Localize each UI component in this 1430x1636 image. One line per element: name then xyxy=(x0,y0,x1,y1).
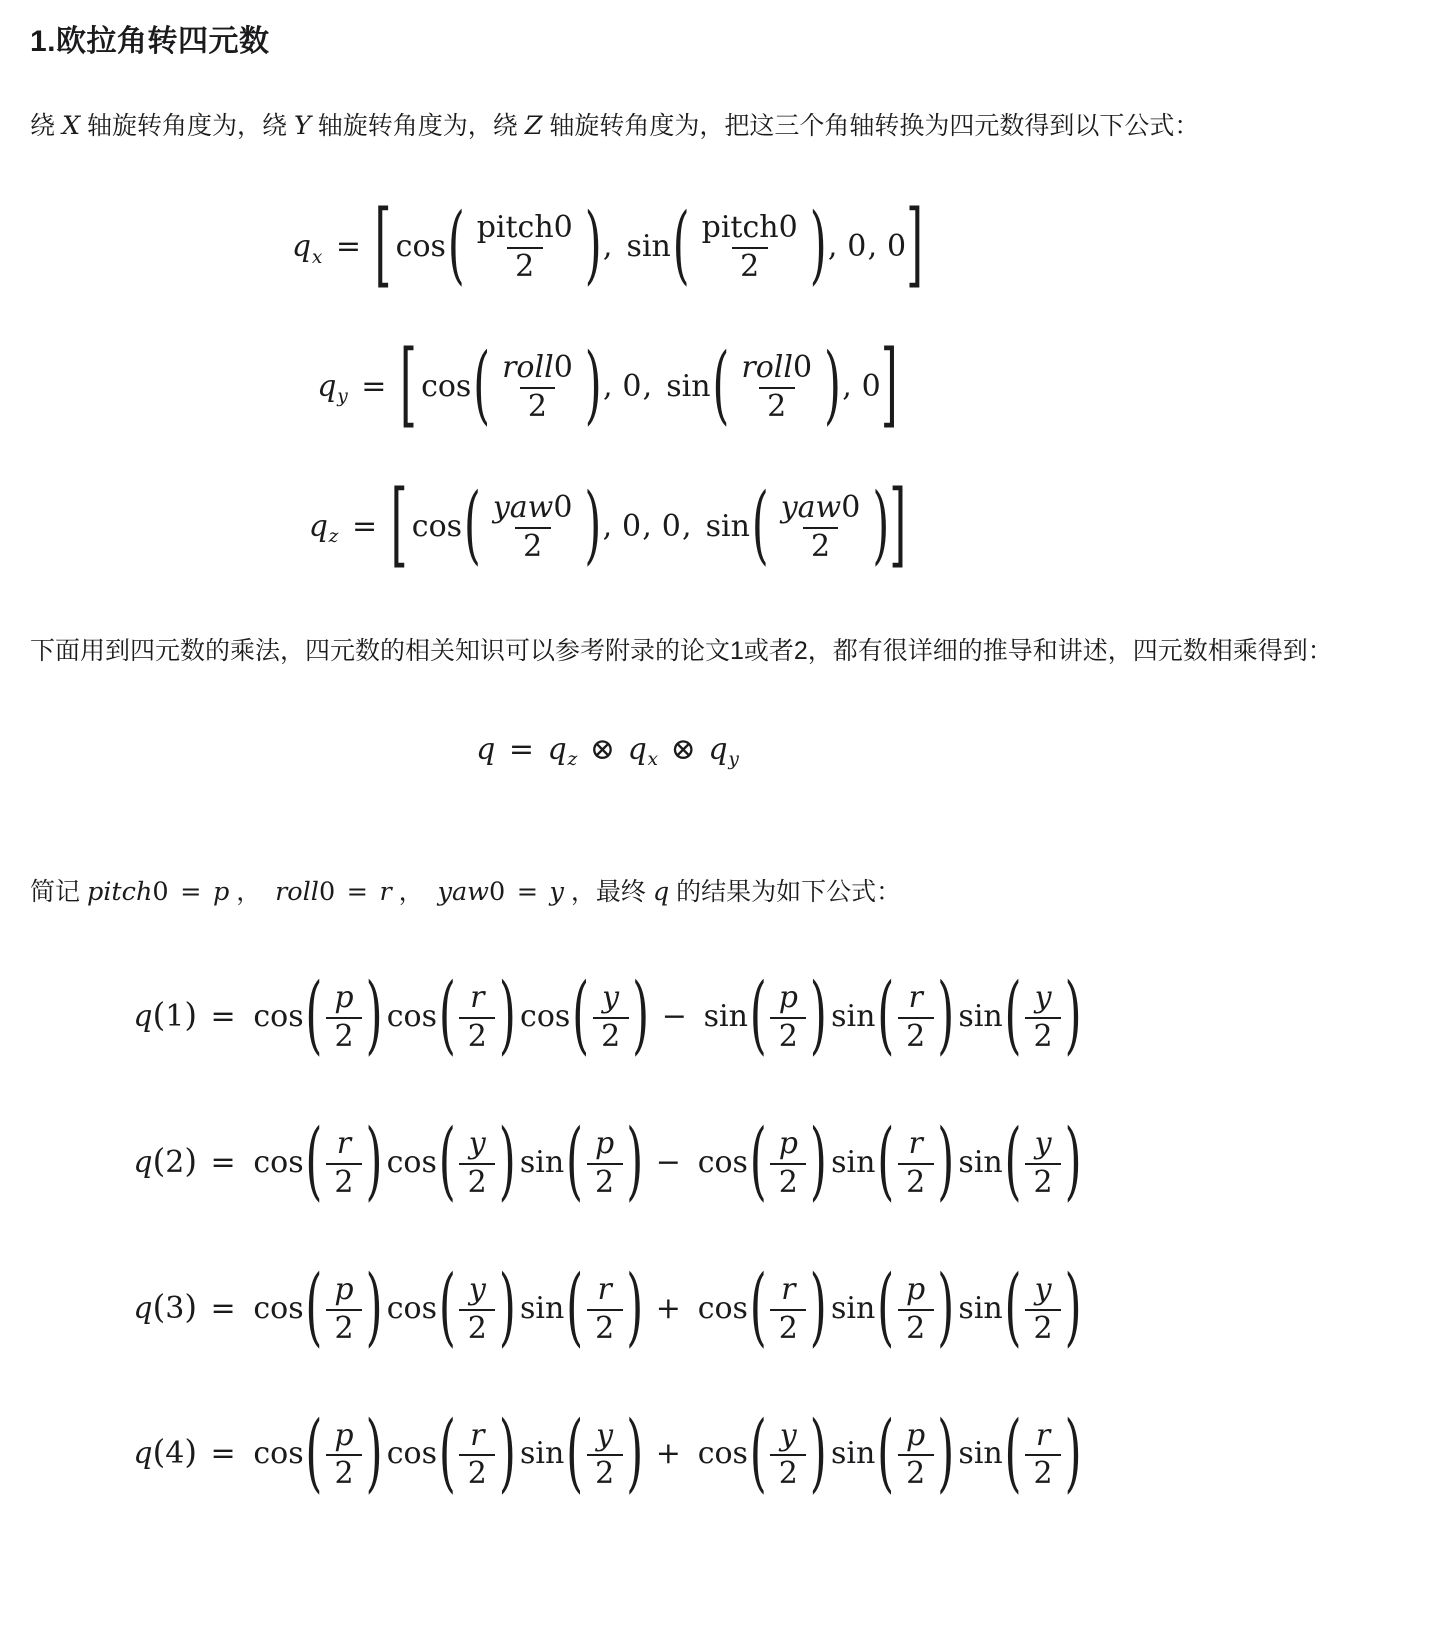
paragraph-intro: 绕 X 轴旋转角度为，绕 Y 轴旋转角度为，绕 Z 轴旋转角度为，把这三个角轴转… xyxy=(30,100,1360,152)
formula-q-product: q=qz⊗qx⊗qy xyxy=(30,735,1185,770)
page-title: 1.欧拉角转四元数 xyxy=(30,16,1360,60)
formula-q3: q(3)=cos(p2)cos(y2)sin(r2)+cos(r2)sin(p2… xyxy=(30,1272,1185,1348)
formula-q4: q(4)=cos(p2)cos(r2)sin(y2)+cos(y2)sin(p2… xyxy=(30,1417,1185,1493)
formula-qy: qy=[cos(roll02),0,sin(roll02),0] xyxy=(30,350,1185,426)
formula-q2: q(2)=cos(r2)cos(y2)sin(p2)−cos(p2)sin(r2… xyxy=(30,1126,1185,1202)
formula-qz: qz=[cos(yaw02),0,0,sin(yaw02)] xyxy=(30,490,1185,566)
formula-q1: q(1)=cos(p2)cos(r2)cos(y2)−sin(p2)sin(r2… xyxy=(30,980,1185,1056)
paragraph-multiplication: 下面用到四元数的乘法，四元数的相关知识可以参考附录的论文1或者2，都有很详细的推… xyxy=(30,626,1360,677)
paragraph-notation: 简记 pitch0=p ， roll0=r ， yaw0=y ，最终 q 的结果… xyxy=(30,866,1360,918)
formula-qx: qx=[cos(pitch02),sin(pitch02),0,0] xyxy=(30,210,1185,286)
document: 1.欧拉角转四元数 绕 X 轴旋转角度为，绕 Y 轴旋转角度为，绕 Z 轴旋转角… xyxy=(0,0,1430,1543)
